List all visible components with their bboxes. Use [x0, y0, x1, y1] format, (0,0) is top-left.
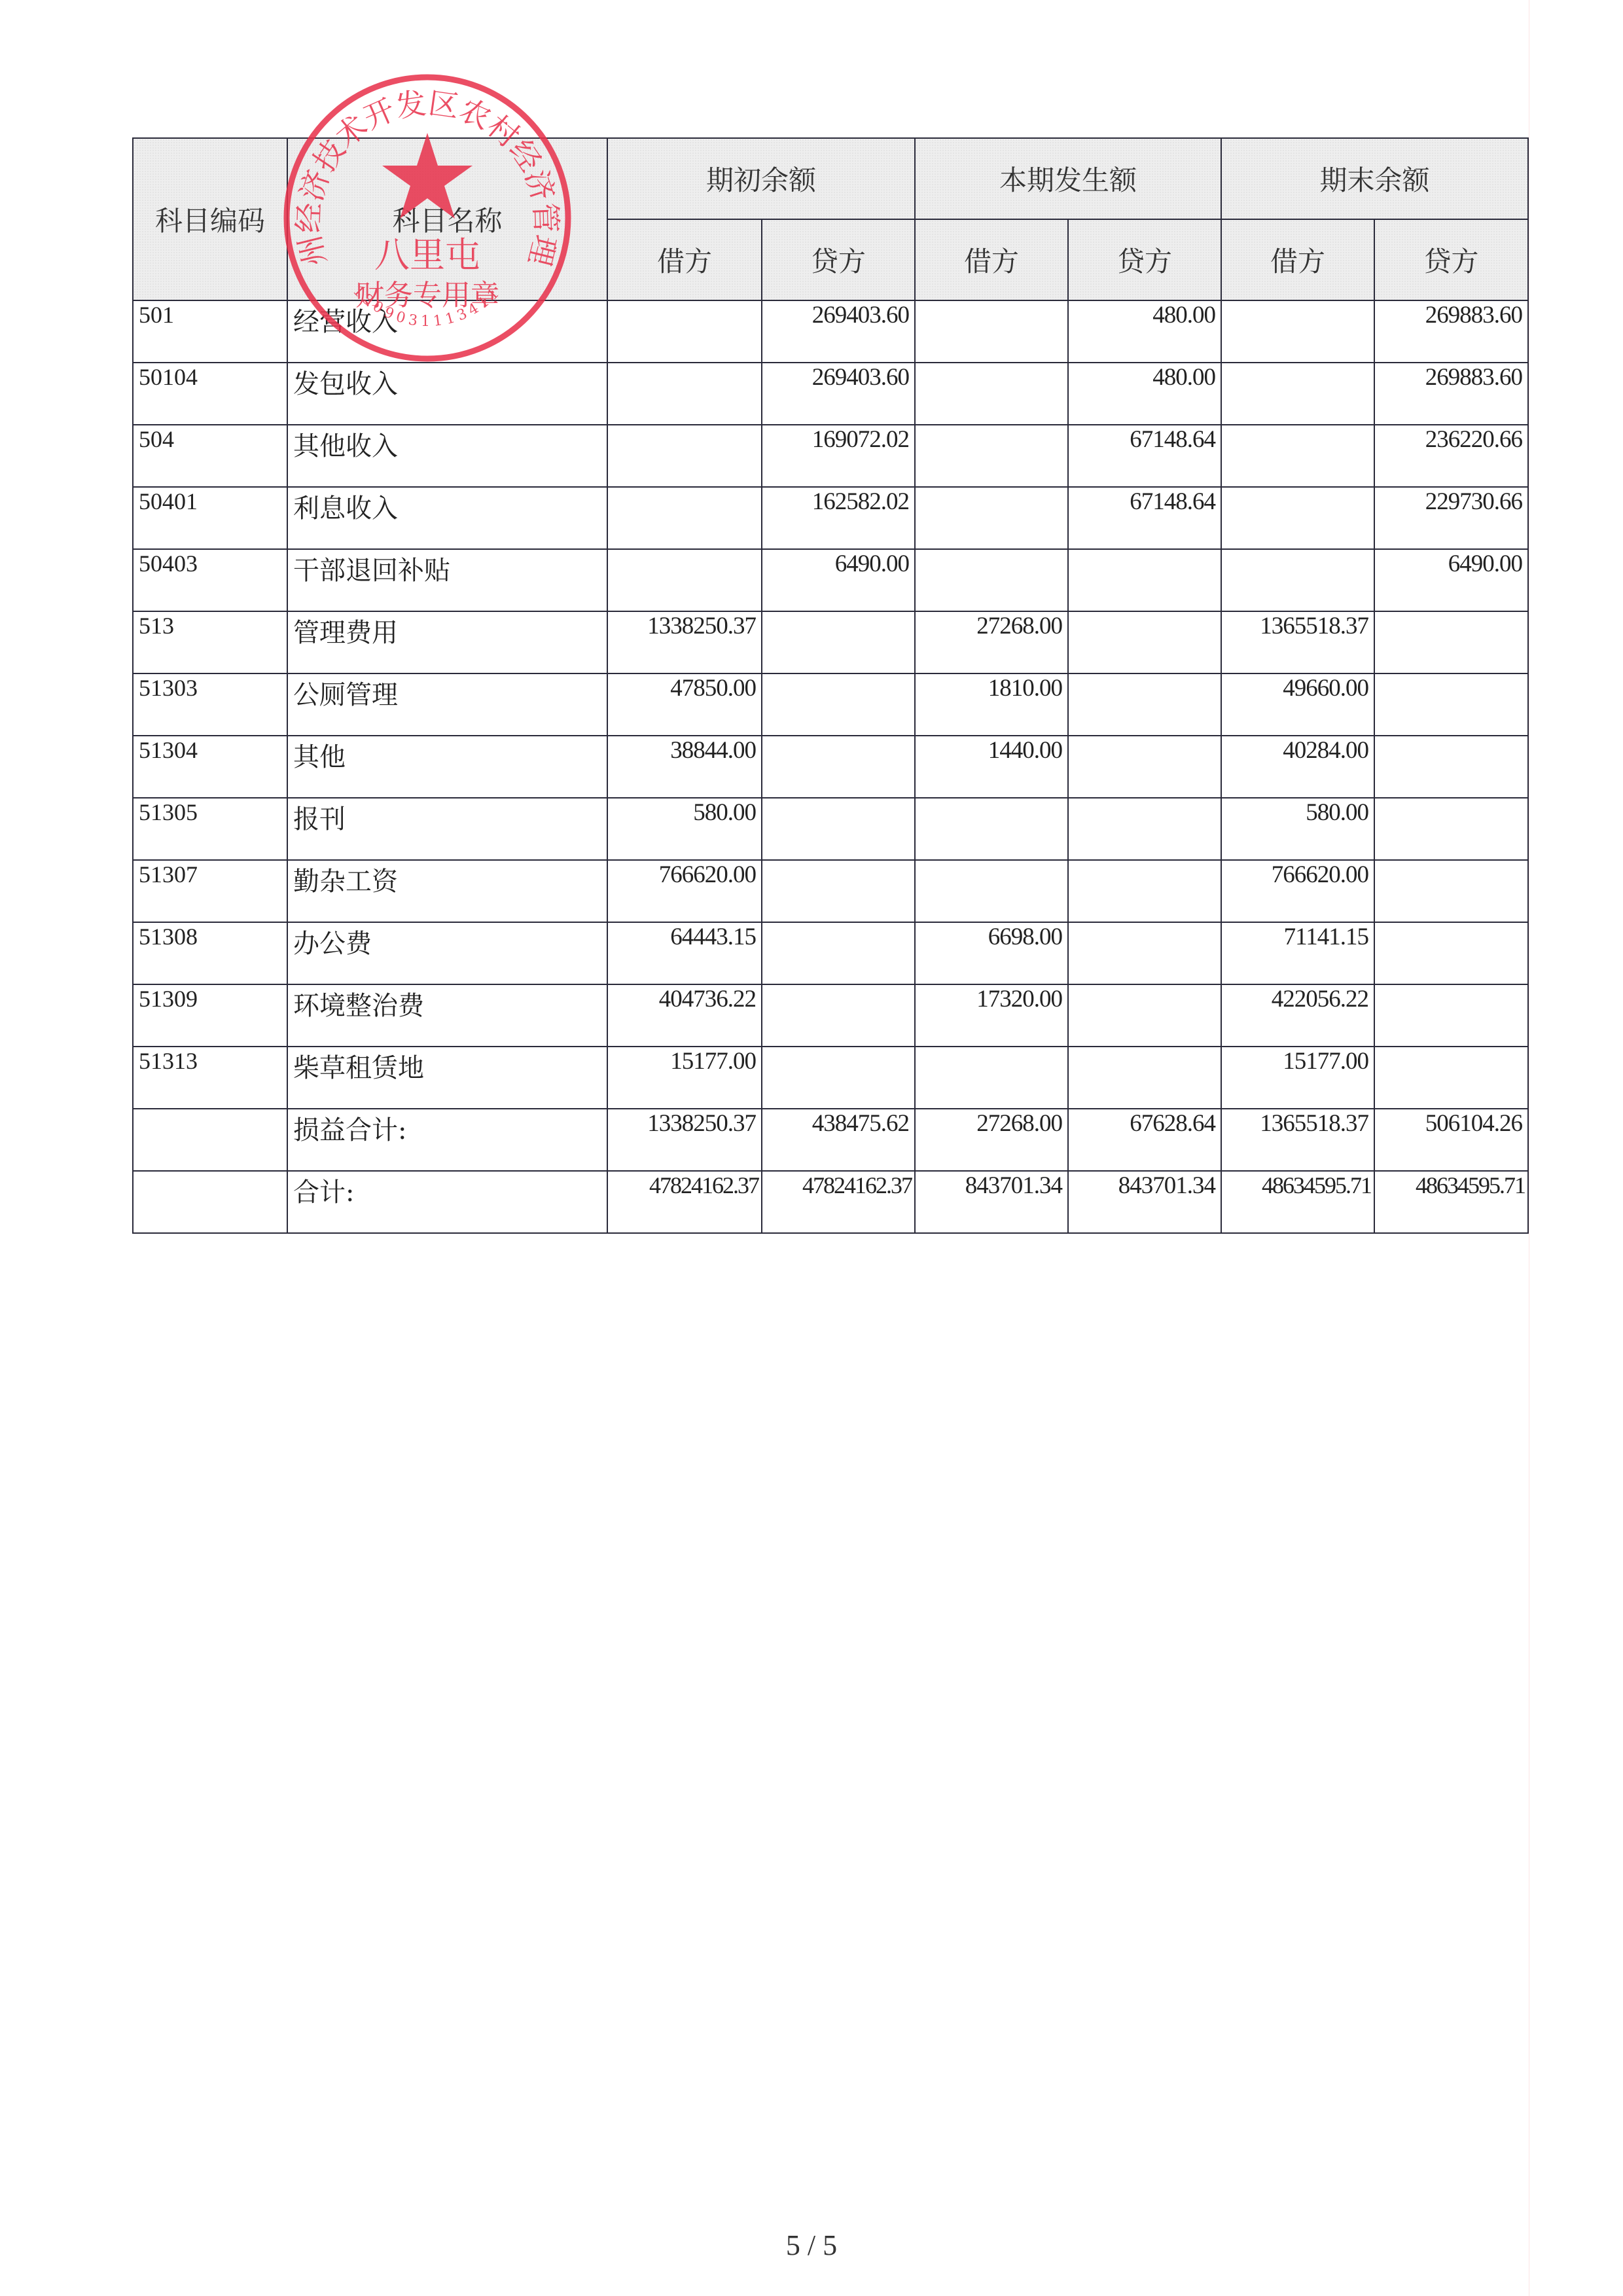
opening-credit-cell	[762, 736, 915, 798]
closing-debit-cell: 49660.00	[1221, 673, 1374, 736]
activity-credit-cell	[1068, 673, 1221, 736]
header-period-activity: 本期发生额	[915, 138, 1221, 219]
opening-credit-cell	[762, 1047, 915, 1109]
opening-credit-cell: 47824162.37	[762, 1171, 915, 1233]
opening-credit-cell	[762, 860, 915, 922]
activity-credit-cell	[1068, 1047, 1221, 1109]
account-code: 51304	[133, 736, 287, 798]
table-row: 50403干部退回补贴6490.006490.00	[133, 549, 1528, 611]
closing-credit-cell	[1374, 922, 1528, 984]
activity-debit-cell: 17320.00	[915, 984, 1068, 1047]
opening-credit-cell	[762, 611, 915, 673]
closing-debit-cell	[1221, 487, 1374, 549]
account-code: 51309	[133, 984, 287, 1047]
closing-debit-cell: 15177.00	[1221, 1047, 1374, 1109]
closing-credit-cell	[1374, 984, 1528, 1047]
opening-debit-cell	[607, 487, 762, 549]
account-name: 管理费用	[287, 611, 607, 673]
opening-debit-cell: 47850.00	[607, 673, 762, 736]
opening-debit-cell: 1338250.37	[607, 611, 762, 673]
closing-credit-cell	[1374, 1047, 1528, 1109]
account-code: 51305	[133, 798, 287, 860]
closing-debit-cell: 40284.00	[1221, 736, 1374, 798]
opening-credit-cell	[762, 673, 915, 736]
opening-debit-cell: 766620.00	[607, 860, 762, 922]
table-row: 51303公厕管理47850.001810.0049660.00	[133, 673, 1528, 736]
closing-credit-cell	[1374, 673, 1528, 736]
table-row: 51304其他38844.001440.0040284.00	[133, 736, 1528, 798]
table-body: 501经营收入269403.60480.00269883.6050104发包收入…	[133, 300, 1528, 1233]
account-name: 报刊	[287, 798, 607, 860]
closing-credit-cell: 229730.66	[1374, 487, 1528, 549]
account-code: 50401	[133, 487, 287, 549]
activity-debit-cell	[915, 363, 1068, 425]
table-row: 合计:47824162.3747824162.37843701.34843701…	[133, 1171, 1528, 1233]
activity-debit-cell: 27268.00	[915, 1109, 1068, 1171]
header-opening-balance: 期初余额	[607, 138, 915, 219]
opening-debit-cell	[607, 300, 762, 363]
header-activity-credit: 贷方	[1068, 219, 1221, 300]
opening-credit-cell	[762, 798, 915, 860]
opening-debit-cell: 404736.22	[607, 984, 762, 1047]
opening-debit-cell: 1338250.37	[607, 1109, 762, 1171]
account-code: 504	[133, 425, 287, 487]
table-row: 51308办公费64443.156698.0071141.15	[133, 922, 1528, 984]
closing-credit-cell	[1374, 611, 1528, 673]
closing-credit-cell: 269883.60	[1374, 300, 1528, 363]
account-code: 50104	[133, 363, 287, 425]
account-name: 其他	[287, 736, 607, 798]
opening-credit-cell: 6490.00	[762, 549, 915, 611]
activity-debit-cell	[915, 1047, 1068, 1109]
opening-credit-cell: 438475.62	[762, 1109, 915, 1171]
table-row: 51309环境整治费404736.2217320.00422056.22	[133, 984, 1528, 1047]
table-row: 51313柴草租赁地15177.0015177.00	[133, 1047, 1528, 1109]
account-name: 其他收入	[287, 425, 607, 487]
opening-debit-cell	[607, 425, 762, 487]
account-code: 51313	[133, 1047, 287, 1109]
activity-debit-cell	[915, 487, 1068, 549]
account-name: 柴草租赁地	[287, 1047, 607, 1109]
activity-debit-cell: 843701.34	[915, 1171, 1068, 1233]
account-code: 50403	[133, 549, 287, 611]
closing-credit-cell	[1374, 736, 1528, 798]
closing-credit-cell: 48634595.71	[1374, 1171, 1528, 1233]
activity-credit-cell	[1068, 611, 1221, 673]
activity-credit-cell: 67148.64	[1068, 425, 1221, 487]
activity-debit-cell	[915, 549, 1068, 611]
closing-credit-cell: 506104.26	[1374, 1109, 1528, 1171]
account-name: 勤杂工资	[287, 860, 607, 922]
table-row: 损益合计:1338250.37438475.6227268.0067628.64…	[133, 1109, 1528, 1171]
account-name: 经营收入	[287, 300, 607, 363]
closing-debit-cell: 1365518.37	[1221, 611, 1374, 673]
opening-debit-cell: 64443.15	[607, 922, 762, 984]
opening-credit-cell	[762, 922, 915, 984]
opening-debit-cell	[607, 549, 762, 611]
closing-credit-cell	[1374, 798, 1528, 860]
closing-debit-cell	[1221, 425, 1374, 487]
activity-debit-cell	[915, 798, 1068, 860]
header-row-groups: 科目编码 科目名称 期初余额 本期发生额 期末余额	[133, 138, 1528, 219]
account-name: 损益合计:	[287, 1109, 607, 1171]
account-name: 环境整治费	[287, 984, 607, 1047]
account-code: 51307	[133, 860, 287, 922]
table-row: 51307勤杂工资766620.00766620.00	[133, 860, 1528, 922]
table-row: 501经营收入269403.60480.00269883.60	[133, 300, 1528, 363]
activity-credit-cell	[1068, 922, 1221, 984]
table-row: 513管理费用1338250.3727268.001365518.37	[133, 611, 1528, 673]
opening-debit-cell: 15177.00	[607, 1047, 762, 1109]
activity-credit-cell	[1068, 798, 1221, 860]
closing-credit-cell: 6490.00	[1374, 549, 1528, 611]
activity-credit-cell: 67148.64	[1068, 487, 1221, 549]
opening-debit-cell	[607, 363, 762, 425]
opening-credit-cell: 162582.02	[762, 487, 915, 549]
account-code: 513	[133, 611, 287, 673]
account-name: 合计:	[287, 1171, 607, 1233]
table-row: 504其他收入169072.0267148.64236220.66	[133, 425, 1528, 487]
opening-credit-cell: 269403.60	[762, 300, 915, 363]
header-activity-debit: 借方	[915, 219, 1068, 300]
table-row: 51305报刊580.00580.00	[133, 798, 1528, 860]
account-code: 501	[133, 300, 287, 363]
opening-credit-cell: 169072.02	[762, 425, 915, 487]
activity-debit-cell: 27268.00	[915, 611, 1068, 673]
activity-credit-cell: 480.00	[1068, 363, 1221, 425]
activity-credit-cell	[1068, 549, 1221, 611]
closing-debit-cell	[1221, 300, 1374, 363]
account-name: 利息收入	[287, 487, 607, 549]
closing-debit-cell	[1221, 549, 1374, 611]
activity-credit-cell: 480.00	[1068, 300, 1221, 363]
activity-debit-cell	[915, 300, 1068, 363]
closing-debit-cell: 1365518.37	[1221, 1109, 1374, 1171]
activity-credit-cell: 843701.34	[1068, 1171, 1221, 1233]
opening-credit-cell	[762, 984, 915, 1047]
activity-credit-cell	[1068, 984, 1221, 1047]
closing-debit-cell: 766620.00	[1221, 860, 1374, 922]
table-row: 50401利息收入162582.0267148.64229730.66	[133, 487, 1528, 549]
header-account-name: 科目名称	[287, 138, 607, 300]
closing-debit-cell: 48634595.71	[1221, 1171, 1374, 1233]
opening-debit-cell: 38844.00	[607, 736, 762, 798]
closing-debit-cell: 71141.15	[1221, 922, 1374, 984]
opening-debit-cell: 580.00	[607, 798, 762, 860]
activity-debit-cell	[915, 860, 1068, 922]
header-closing-debit: 借方	[1221, 219, 1374, 300]
activity-credit-cell	[1068, 860, 1221, 922]
header-account-code: 科目编码	[133, 138, 287, 300]
account-name: 办公费	[287, 922, 607, 984]
closing-debit-cell: 580.00	[1221, 798, 1374, 860]
activity-credit-cell: 67628.64	[1068, 1109, 1221, 1171]
header-opening-debit: 借方	[607, 219, 762, 300]
activity-credit-cell	[1068, 736, 1221, 798]
account-code: 51303	[133, 673, 287, 736]
header-closing-balance: 期末余额	[1221, 138, 1528, 219]
opening-debit-cell: 47824162.37	[607, 1171, 762, 1233]
activity-debit-cell	[915, 425, 1068, 487]
closing-debit-cell	[1221, 363, 1374, 425]
closing-credit-cell: 236220.66	[1374, 425, 1528, 487]
header-closing-credit: 贷方	[1374, 219, 1528, 300]
account-balance-table: 科目编码 科目名称 期初余额 本期发生额 期末余额 借方 贷方 借方 贷方 借方…	[132, 137, 1529, 1234]
activity-debit-cell: 1440.00	[915, 736, 1068, 798]
activity-debit-cell: 1810.00	[915, 673, 1068, 736]
account-code	[133, 1109, 287, 1171]
activity-debit-cell: 6698.00	[915, 922, 1068, 984]
opening-credit-cell: 269403.60	[762, 363, 915, 425]
closing-credit-cell: 269883.60	[1374, 363, 1528, 425]
page-number: 5 / 5	[0, 2229, 1623, 2262]
closing-credit-cell	[1374, 860, 1528, 922]
header-opening-credit: 贷方	[762, 219, 915, 300]
account-code	[133, 1171, 287, 1233]
account-name: 公厕管理	[287, 673, 607, 736]
scan-edge-line	[1529, 0, 1529, 2296]
closing-debit-cell: 422056.22	[1221, 984, 1374, 1047]
account-name: 发包收入	[287, 363, 607, 425]
account-code: 51308	[133, 922, 287, 984]
table-row: 50104发包收入269403.60480.00269883.60	[133, 363, 1528, 425]
account-name: 干部退回补贴	[287, 549, 607, 611]
